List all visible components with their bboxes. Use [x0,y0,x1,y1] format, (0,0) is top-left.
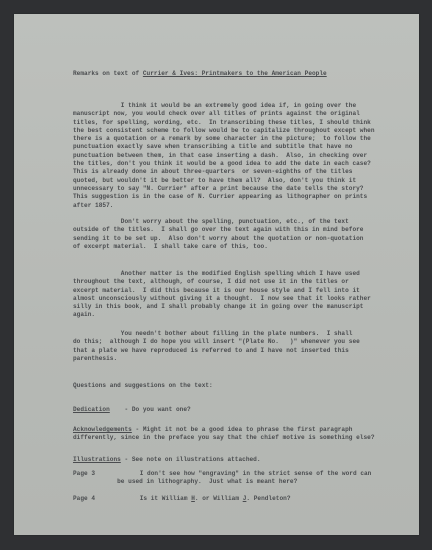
page-label: Page 3 [73,470,125,478]
page-note-4: Page 4 Is it William H. or William J. Pe… [73,495,291,503]
document-body: Remarks on text of Currier & Ives: Print… [14,14,419,535]
paragraph-english-spelling: Another matter is the modified English s… [73,270,428,320]
heading-prefix: Remarks on text of [73,70,143,77]
paragraph-titles-check: I think it would be an extremely good id… [73,102,428,210]
page-note-text: Is it William [125,495,191,502]
paragraph-plate-numbers: You needn't bother about filling in the … [73,330,428,363]
item-illustrations: Illustrations - See note on illustration… [73,456,261,464]
book-title: Currier & Ives: Printmakers to the Ameri… [143,70,327,77]
page-label: Page 4 [73,495,125,503]
document-heading: Remarks on text of Currier & Ives: Print… [73,70,327,78]
questions-heading: Questions and suggestions on the text: [73,382,213,390]
item-label: Illustrations [73,456,121,464]
page-note-text-mid: . or William [195,495,243,502]
item-text: - See note on illustrations attached. [121,456,261,463]
paragraph-spelling: Don't worry about the spelling, punctuat… [73,218,428,251]
item-acknowledgements: Acknowledgements - Might it not be a goo… [73,426,375,443]
typewritten-page: Remarks on text of Currier & Ives: Print… [14,14,419,535]
page-note-text-end: . Pendleton? [246,495,290,502]
item-dedication: Dedication - Do you want one? [73,406,191,414]
page-note-3: Page 3 I don't see how "engraving" in th… [73,470,371,487]
item-label: Acknowledgements [73,426,132,434]
item-text: - Do you want one? [110,406,191,413]
item-label: Dedication [73,406,110,414]
